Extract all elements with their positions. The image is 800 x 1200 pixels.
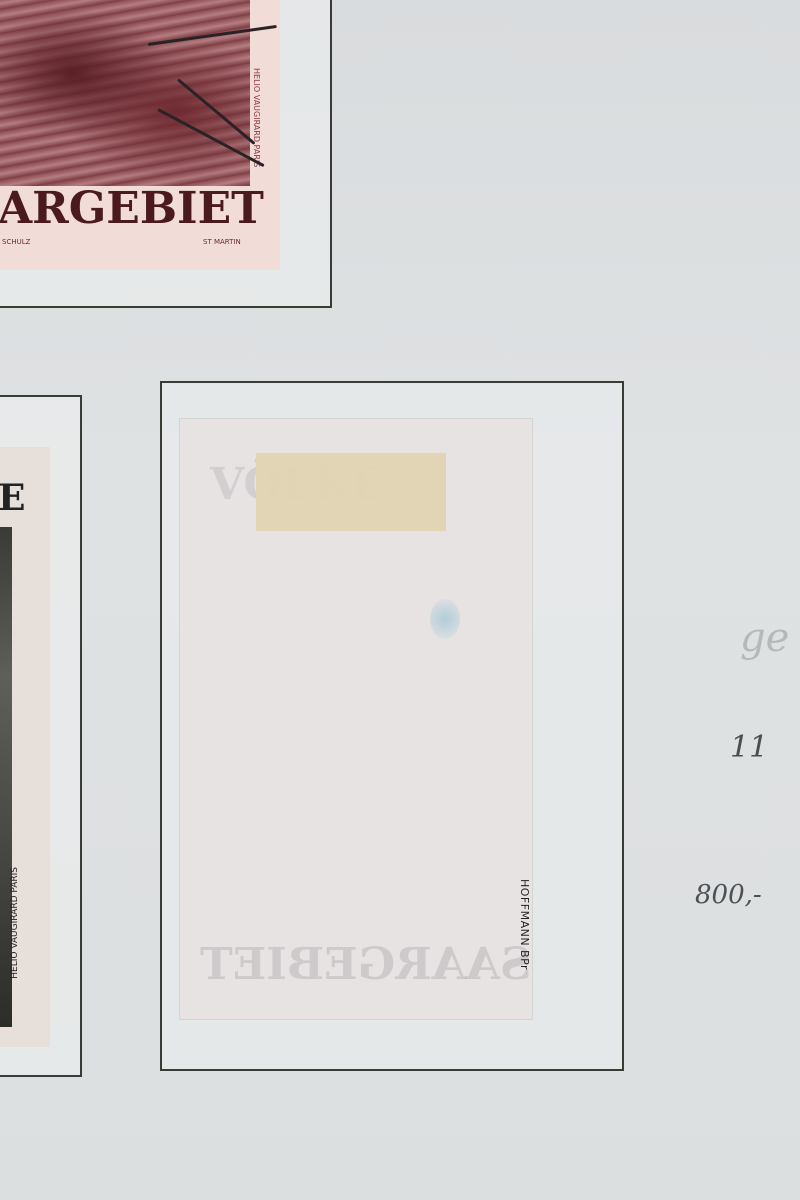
stamp-printer-imprint: HOFFMANN BPr: [518, 879, 531, 970]
stamp-mount-center: VÖLKE SAARGEBIET HOFFMANN BPr: [160, 381, 624, 1071]
stamp-credit-left: SCHULZ: [2, 238, 30, 246]
handwritten-note: ge: [740, 615, 789, 661]
stamp-engraving: [0, 0, 250, 186]
stamp-side-text: HELIO VAUGIRARD PARIS: [252, 68, 261, 167]
stamp-credit-right: ST MARTIN: [203, 238, 241, 246]
stamp-mount-middle-left: E HELIO VAUGIRARD PARIS: [0, 395, 82, 1077]
stamp-reverse-side: VÖLKE SAARGEBIET HOFFMANN BPr: [180, 419, 532, 1019]
stamp-hinge: [256, 453, 446, 531]
stamp-saargebiet-horseman: ARGEBIET SCHULZ ST MARTIN HELIO VAUGIRAR…: [0, 0, 280, 270]
stamp-partial-left: E HELIO VAUGIRARD PARIS: [0, 447, 50, 1047]
stamp-mount-top-left: ARGEBIET SCHULZ ST MARTIN HELIO VAUGIRAR…: [0, 0, 332, 308]
handwritten-catalog-number: 11: [730, 730, 768, 765]
stamp-printer-imprint: HELIO VAUGIRARD PARIS: [10, 867, 20, 979]
show-through-text-bottom: SAARGEBIET: [200, 939, 532, 990]
handwritten-price: 800,-: [695, 880, 762, 910]
stamp-letter: E: [0, 477, 25, 519]
ink-spot: [430, 599, 460, 639]
stamp-title: ARGEBIET: [0, 184, 250, 234]
